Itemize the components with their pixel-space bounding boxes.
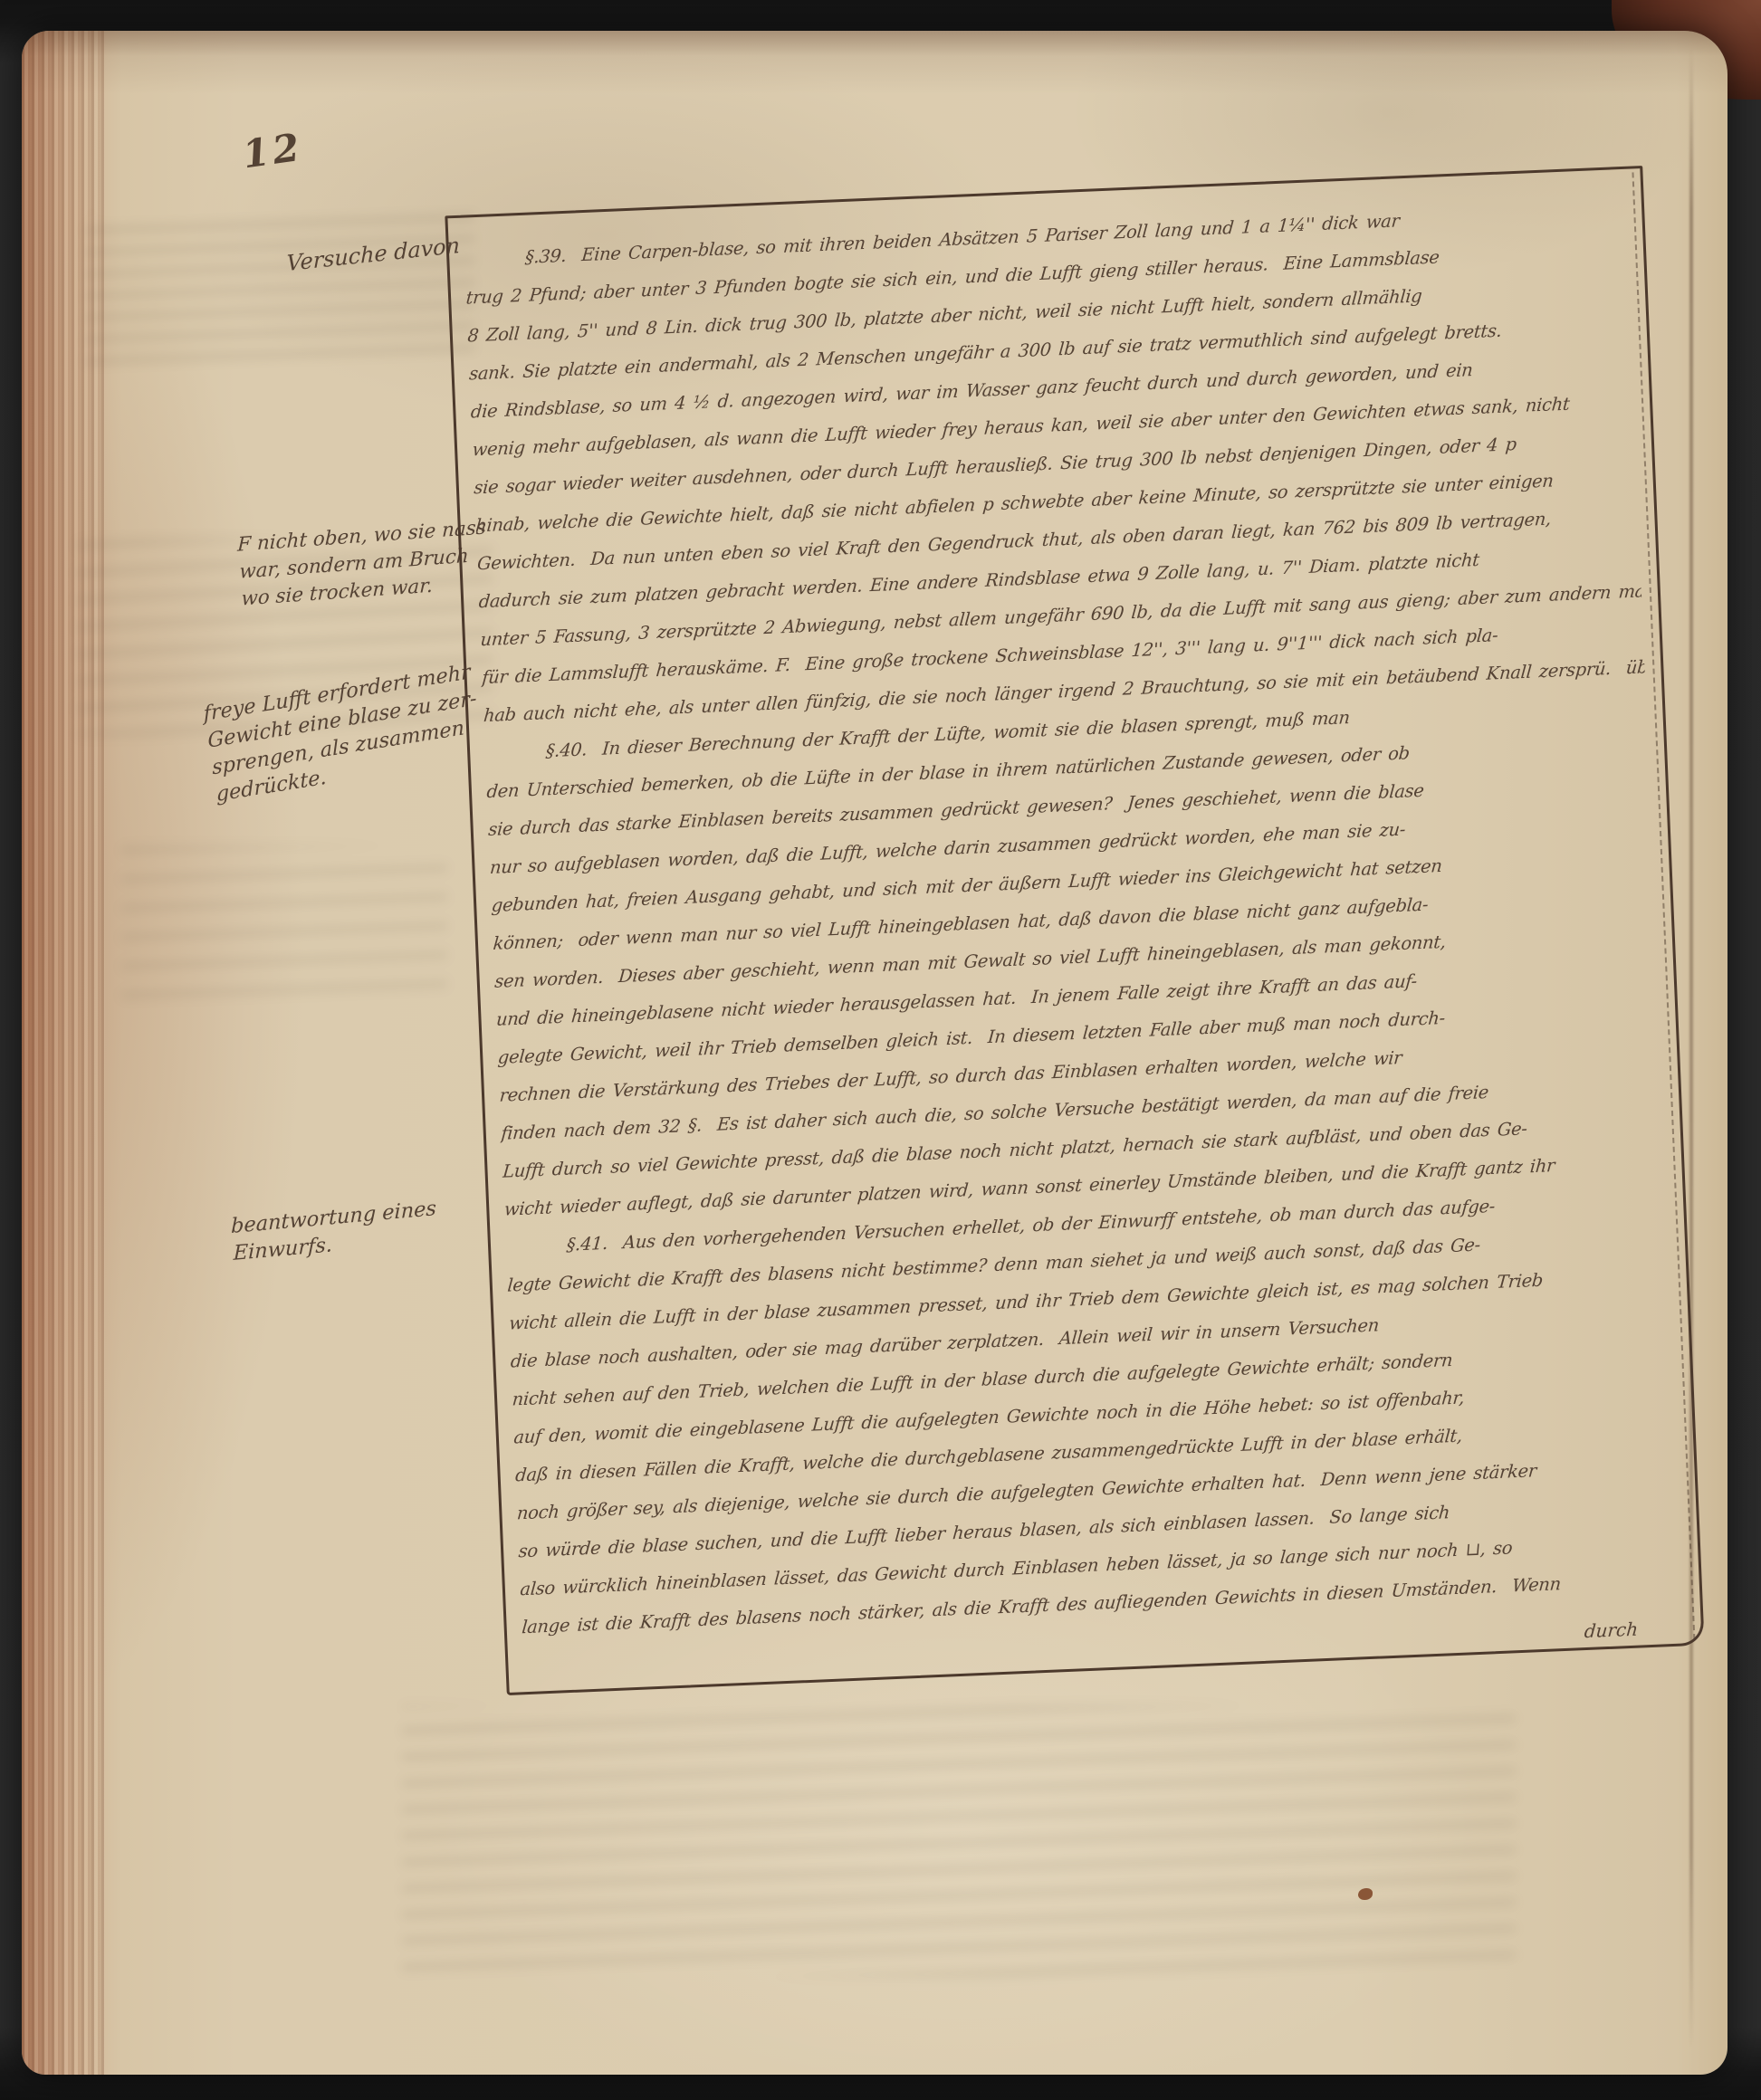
main-text: §.39. Eine Carpen-blase, so mit ihren be… (462, 193, 1685, 1679)
catchword: durch (1584, 1618, 1639, 1643)
page-fold-line (1689, 49, 1693, 2047)
page-top-shadow (22, 31, 1728, 94)
section-40: §.40. In dieser Berechnung der Krafft de… (482, 686, 1666, 1228)
ink-bleedthrough (121, 845, 447, 1008)
margin-note-versuche: Versuche davon (285, 232, 462, 277)
section-39: §.39. Eine Carpen-blase, so mit ihren be… (462, 193, 1646, 735)
text-block-frame: §.39. Eine Carpen-blase, so mit ihren be… (445, 166, 1704, 1695)
ink-blot (1358, 1888, 1373, 1900)
margin-note-beantwortung: beantwortung einesEinwurfs. (230, 1195, 440, 1267)
binding-edge (22, 31, 105, 2075)
margin-note-f-nicht: F nicht oben, wo sie nasswar, sondern am… (236, 515, 491, 614)
margin-note-freye-luft: freye Lufft erfordert mehrGewicht eine b… (201, 658, 487, 808)
section-41: §.41. Aus den vorhergehenden Versuchen e… (502, 1180, 1683, 1647)
ink-bleedthrough (85, 212, 474, 366)
text-line: Versuche davon (287, 232, 460, 277)
ink-bleedthrough (402, 1705, 1516, 1977)
page-number: 12 (240, 125, 306, 177)
manuscript-page: 12 Versuche davon F nicht oben, wo sie n… (22, 31, 1728, 2075)
